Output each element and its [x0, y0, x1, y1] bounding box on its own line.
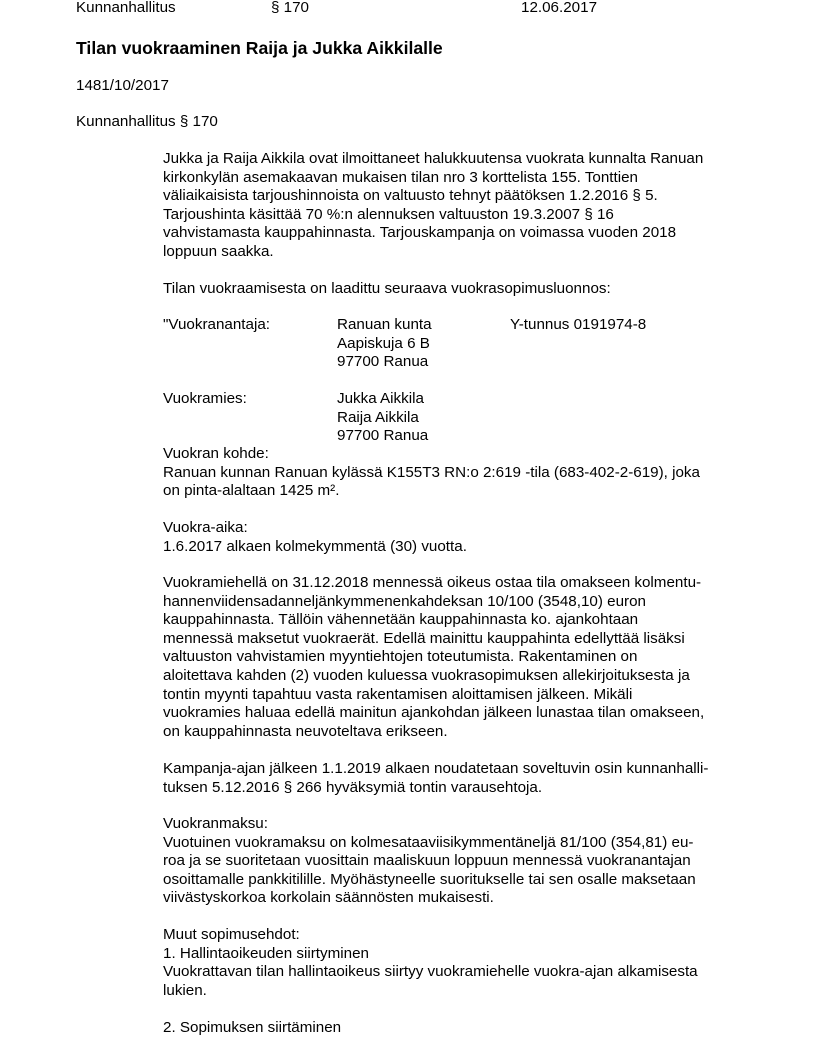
- meeting-reference: Kunnanhallitus § 170: [76, 113, 218, 132]
- lessor-address: Ranuan kunta Aapiskuja 6 B 97700 Ranua: [337, 316, 432, 372]
- text-line: aloitettava kahden (2) vuoden kuluessa v…: [163, 667, 763, 686]
- section-label: Vuokran kohde:: [163, 445, 763, 464]
- text-line: mennessä maksetut vuokraerät. Edellä mai…: [163, 630, 763, 649]
- text-line: loppuun saakka.: [163, 243, 763, 262]
- text-line: Ranuan kunnan Ranuan kylässä K155T3 RN:o…: [163, 464, 763, 483]
- diary-number: 1481/10/2017: [76, 77, 169, 96]
- text-line: Kampanja-ajan jälkeen 1.1.2019 alkaen no…: [163, 760, 763, 779]
- text-line: osoittamalle pankkitilille. Myöhästyneel…: [163, 871, 763, 890]
- section-label: Vuokra-aika:: [163, 519, 763, 538]
- text-line: Tarjoushinta käsittää 70 %:n alennuksen …: [163, 206, 763, 225]
- text-line: vuokramies haluaa edellä mainitun ajanko…: [163, 704, 763, 723]
- text-line: lukien.: [163, 982, 763, 1001]
- section-label: Vuokranmaksu:: [163, 815, 763, 834]
- address-line: Raija Aikkila: [337, 409, 428, 428]
- header-date: 12.06.2017: [521, 0, 597, 18]
- text-line: kauppahinnasta. Tällöin vähennetään kaup…: [163, 611, 763, 630]
- text-line: 1.6.2017 alkaen kolmekymmentä (30) vuott…: [163, 538, 763, 557]
- address-line: 97700 Ranua: [337, 427, 428, 446]
- lessee-label: Vuokramies:: [163, 390, 247, 409]
- term-title: 1. Hallintaoikeuden siirtyminen: [163, 945, 763, 964]
- address-line: 97700 Ranua: [337, 353, 432, 372]
- address-line: Jukka Aikkila: [337, 390, 428, 409]
- other-terms-section: Muut sopimusehdot: 1. Hallintaoikeuden s…: [163, 926, 763, 1038]
- text-line: kirkonkylän asemakaavan mukaisen tilan n…: [163, 169, 763, 188]
- text-line: tontin myynti tapahtuu vasta rakentamise…: [163, 686, 763, 705]
- text-line: Vuotuinen vuokramaksu on kolmesataaviisi…: [163, 834, 763, 853]
- text-line: vahvistamasta kauppahinnasta. Tarjouskam…: [163, 224, 763, 243]
- text-line: Jukka ja Raija Aikkila ovat ilmoittaneet…: [163, 150, 763, 169]
- text-line: on kauppahinnasta neuvoteltava erikseen.: [163, 723, 763, 742]
- header-body: Kunnanhallitus: [76, 0, 176, 18]
- section-label: Muut sopimusehdot:: [163, 926, 763, 945]
- text-line: viivästyskorkoa korkolain säännösten muk…: [163, 889, 763, 908]
- text-line: tuksen 5.12.2016 § 266 hyväksymiä tontin…: [163, 779, 763, 798]
- text-line: Vuokrattavan tilan hallintaoikeus siirty…: [163, 963, 763, 982]
- text-line: Vuokramiehellä on 31.12.2018 mennessä oi…: [163, 574, 763, 593]
- campaign-after-paragraph: Kampanja-ajan jälkeen 1.1.2019 alkaen no…: [163, 760, 763, 797]
- text-line: on pinta-alaltaan 1425 m².: [163, 482, 763, 501]
- purchase-option-paragraph: Vuokramiehellä on 31.12.2018 mennessä oi…: [163, 574, 763, 741]
- text-line: hannenviidensadanneljänkymmenenkahdeksan…: [163, 593, 763, 612]
- term-title: 2. Sopimuksen siirtäminen: [163, 1019, 763, 1038]
- lease-object-section: Vuokran kohde: Ranuan kunnan Ranuan kylä…: [163, 445, 763, 501]
- text-line: valtuuston vahvistamien myyntiehtojen to…: [163, 648, 763, 667]
- address-line: Aapiskuja 6 B: [337, 335, 432, 354]
- lessor-business-id: Y-tunnus 0191974-8: [510, 316, 646, 335]
- text-line: väliaikaisista tarjoushinnoista on valtu…: [163, 187, 763, 206]
- text-line: roa ja se suoritetaan vuosittain maalisk…: [163, 852, 763, 871]
- rent-payment-section: Vuokranmaksu: Vuotuinen vuokramaksu on k…: [163, 815, 763, 908]
- document-title: Tilan vuokraaminen Raija ja Jukka Aikkil…: [76, 37, 443, 59]
- lease-period-section: Vuokra-aika: 1.6.2017 alkaen kolmekymmen…: [163, 519, 763, 556]
- lessee-address: Jukka Aikkila Raija Aikkila 97700 Ranua: [337, 390, 428, 446]
- lessor-label: "Vuokranantaja:: [163, 316, 270, 335]
- header-section: § 170: [271, 0, 309, 18]
- address-line: Ranuan kunta: [337, 316, 432, 335]
- draft-intro: Tilan vuokraamisesta on laadittu seuraav…: [163, 280, 611, 299]
- intro-paragraph: Jukka ja Raija Aikkila ovat ilmoittaneet…: [163, 150, 763, 262]
